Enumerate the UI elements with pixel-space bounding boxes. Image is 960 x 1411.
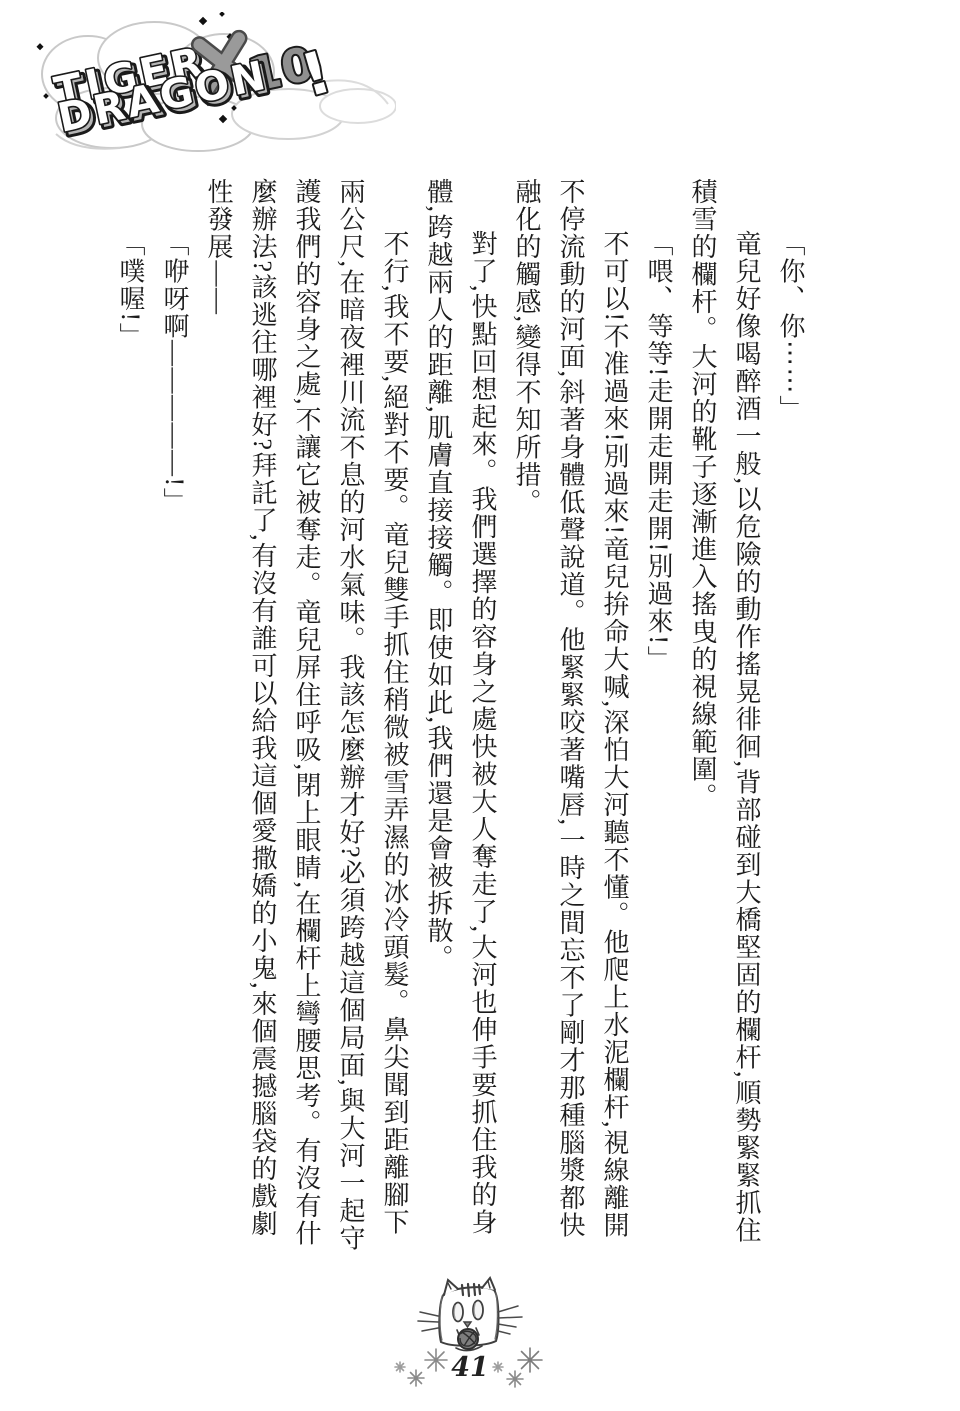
dialogue-line-3: 「咿呀啊—————!」 [152,178,196,1260]
dialogue-line-4: 「噗喔!」 [108,178,152,1260]
dialogue-line-2: 「喂、等等!走開走開走開!別過來!」 [636,178,680,1260]
page-text: 「你、你⋯⋯」 竜兒好像喝醉酒一般,以危險的動作搖晃徘徊,背部碰到大橋堅固的欄杆… [108,178,812,1260]
cat-mouth-scribble [458,1329,478,1349]
page-number: 41 [446,1352,494,1383]
cat-illustration [372,1268,588,1404]
narration-paragraph-3: 對了,快點回想起來。我們選擇的容身之處快被大人奪走了,大河也伸手要抓住我的身體,… [416,178,504,1260]
narration-paragraph-2: 不可以!不准過來!別過來!竜兒拚命大喊,深怕大河聽不懂。他爬上水泥欄杆,視線離開… [504,178,636,1260]
book-page: TIGER TIGER 10 ! DRAGON DRAGON 「你、你⋯⋯」 竜… [0,0,960,1411]
dialogue-line-1: 「你、你⋯⋯」 [768,178,812,1260]
narration-paragraph-4: 不行,我不要,絕對不要。竜兒雙手抓住稍微被雪弄濕的冰冷頭髮。鼻尖聞到距離腳下兩公… [196,178,416,1260]
narration-paragraph-1: 竜兒好像喝醉酒一般,以危險的動作搖晃徘徊,背部碰到大橋堅固的欄杆,順勢緊緊抓住積… [680,178,768,1260]
book-logo: TIGER TIGER 10 ! DRAGON DRAGON [36,12,396,172]
